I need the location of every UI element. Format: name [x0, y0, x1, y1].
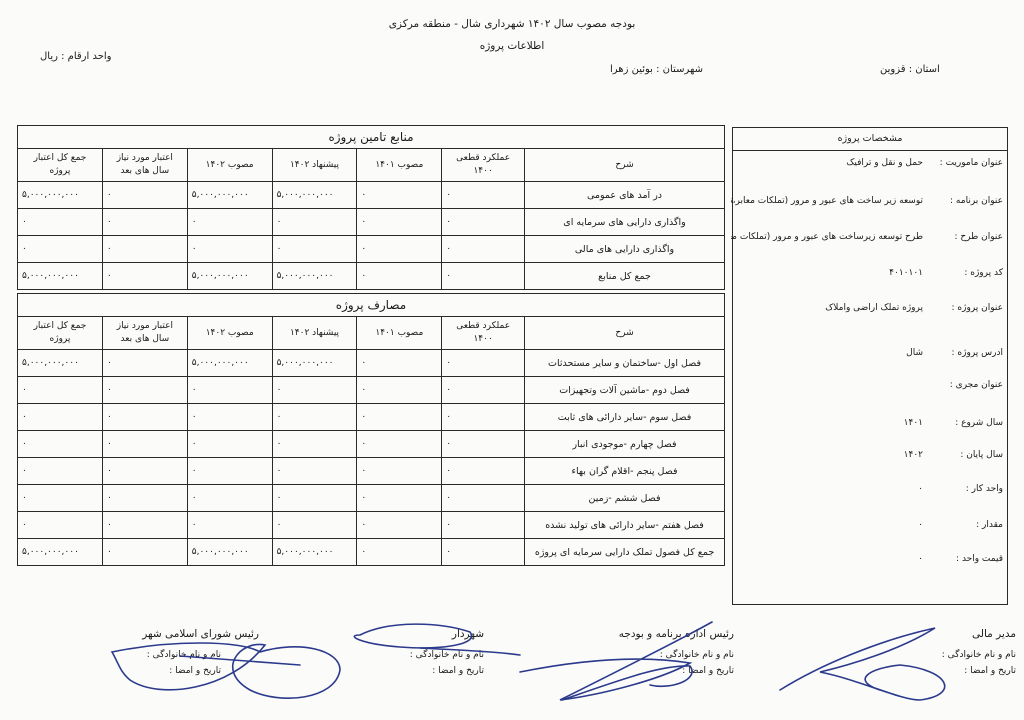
- spec-label: مقدار :: [923, 520, 1003, 530]
- cell-future: ۰: [102, 512, 187, 539]
- spec-mission: عنوان ماموریت :حمل و نقل و ترافیک: [731, 158, 1003, 168]
- cell-actual-1400: ۰: [442, 404, 525, 431]
- expenses-section-title: مصارف پروژه: [18, 294, 725, 317]
- spec-start-year: سال شروع :۱۴۰۱: [731, 418, 1003, 428]
- signature-block-mayor: شهردار نام و نام خانوادگی : تاریخ و امضا…: [364, 628, 484, 682]
- col-proposed-1402: پیشنهاد ۱۴۰۲: [272, 317, 357, 350]
- cell-approved-1402: ۵,۰۰۰,۰۰۰,۰۰۰: [187, 350, 272, 377]
- table-row: واگذاری دارایی های سرمایه ای ۰ ۰ ۰ ۰ ۰ ۰: [18, 209, 725, 236]
- row-desc: واگذاری دارایی های مالی: [525, 236, 725, 263]
- table-row: در آمد های عمومی ۰ ۰ ۵,۰۰۰,۰۰۰,۰۰۰ ۵,۰۰۰…: [18, 182, 725, 209]
- cell-proposed-1402: ۰: [272, 404, 357, 431]
- spec-label: عنوان برنامه :: [923, 196, 1003, 206]
- spec-label: عنوان طرح :: [923, 232, 1003, 242]
- cell-approved-1402: ۰: [187, 404, 272, 431]
- spec-label: عنوان پروژه :: [923, 303, 1003, 313]
- col-approved-1401: مصوب ۱۴۰۱: [357, 149, 442, 182]
- cell-approved-1401: ۰: [357, 182, 442, 209]
- city: شهرستان : بوئین زهرا: [610, 64, 703, 75]
- spec-value: ۴۰۱۰۱۰۱: [731, 268, 923, 278]
- cell-approved-1402: ۵,۰۰۰,۰۰۰,۰۰۰: [187, 539, 272, 566]
- cell-approved-1402: ۰: [187, 236, 272, 263]
- cell-future: ۰: [102, 350, 187, 377]
- cell-approved-1402: ۰: [187, 209, 272, 236]
- signature-date-label: تاریخ و امضا :: [906, 666, 1016, 676]
- cell-future: ۰: [102, 377, 187, 404]
- cell-approved-1401: ۰: [357, 458, 442, 485]
- cell-actual-1400: ۰: [442, 350, 525, 377]
- cell-approved-1401: ۰: [357, 236, 442, 263]
- cell-total: ۰: [18, 512, 103, 539]
- col-proposed-1402: پیشنهاد ۱۴۰۲: [272, 149, 357, 182]
- table-row: فصل ششم -زمین ۰ ۰ ۰ ۰ ۰ ۰: [18, 485, 725, 512]
- cell-future: ۰: [102, 182, 187, 209]
- signature-name-label: نام و نام خانوادگی :: [364, 650, 484, 660]
- cell-total: ۵,۰۰۰,۰۰۰,۰۰۰: [18, 350, 103, 377]
- cell-proposed-1402: ۵,۰۰۰,۰۰۰,۰۰۰: [272, 182, 357, 209]
- cell-future: ۰: [102, 485, 187, 512]
- cell-proposed-1402: ۵,۰۰۰,۰۰۰,۰۰۰: [272, 350, 357, 377]
- cell-approved-1401: ۰: [357, 377, 442, 404]
- cell-actual-1400: ۰: [442, 236, 525, 263]
- table-row: واگذاری دارایی های مالی ۰ ۰ ۰ ۰ ۰ ۰: [18, 236, 725, 263]
- col-total: جمع کل اعتبار پروژه: [18, 317, 103, 350]
- row-desc: فصل اول -ساختمان و سایر مستحدثات: [525, 350, 725, 377]
- row-desc: فصل هفتم -سایر دارائی های تولید نشده: [525, 512, 725, 539]
- cell-actual-1400: ۰: [442, 209, 525, 236]
- cell-future: ۰: [102, 236, 187, 263]
- cell-proposed-1402: ۵,۰۰۰,۰۰۰,۰۰۰: [272, 539, 357, 566]
- spec-work-unit: واحد کار :۰: [731, 484, 1003, 494]
- spec-value: ۰: [731, 554, 923, 564]
- signature-role: شهردار: [364, 628, 484, 640]
- document-subtitle: اطلاعات پروژه: [0, 40, 1024, 52]
- spec-label: سال پایان :: [923, 450, 1003, 460]
- cell-actual-1400: ۰: [442, 263, 525, 290]
- cell-future: ۰: [102, 458, 187, 485]
- cell-actual-1400: ۰: [442, 485, 525, 512]
- cell-proposed-1402: ۵,۰۰۰,۰۰۰,۰۰۰: [272, 263, 357, 290]
- cell-proposed-1402: ۰: [272, 209, 357, 236]
- cell-actual-1400: ۰: [442, 431, 525, 458]
- signature-role: رئیس اداره برنامه و بودجه: [574, 628, 734, 640]
- spec-value: ۰: [731, 520, 923, 530]
- cell-approved-1401: ۰: [357, 431, 442, 458]
- col-future-years: اعتبار مورد نیاز سال های بعد: [102, 317, 187, 350]
- cell-actual-1400: ۰: [442, 539, 525, 566]
- cell-approved-1401: ۰: [357, 263, 442, 290]
- row-desc: فصل چهارم -موجودی انبار: [525, 431, 725, 458]
- spec-label: سال شروع :: [923, 418, 1003, 428]
- cell-approved-1401: ۰: [357, 539, 442, 566]
- row-desc: فصل پنجم -اقلام گران بهاء: [525, 458, 725, 485]
- signature-name-label: نام و نام خانوادگی :: [574, 650, 734, 660]
- spec-value: پروژه تملک اراضی واملاک: [731, 303, 923, 313]
- col-actual-1400: عملکرد قطعی ۱۴۰۰: [442, 149, 525, 182]
- spec-end-year: سال پایان :۱۴۰۲: [731, 450, 1003, 460]
- signature-date-label: تاریخ و امضا :: [574, 666, 734, 676]
- signature-role: مدیر مالی: [906, 628, 1016, 640]
- spec-value: طرح توسعه زیرساخت های عبور و مرور (تملکا…: [731, 232, 923, 242]
- spec-value: ۱۴۰۱: [731, 418, 923, 428]
- project-specs-panel: مشخصات پروژه عنوان ماموریت :حمل و نقل و …: [732, 127, 1008, 605]
- cell-actual-1400: ۰: [442, 458, 525, 485]
- spec-label: عنوان مجری :: [923, 380, 1003, 390]
- spec-plan: عنوان طرح :طرح توسعه زیرساخت های عبور و …: [731, 232, 1003, 242]
- row-desc: فصل سوم -سایر دارائی های ثابت: [525, 404, 725, 431]
- col-total: جمع کل اعتبار پروژه: [18, 149, 103, 182]
- spec-label: قیمت واحد :: [923, 554, 1003, 564]
- cell-total: ۰: [18, 209, 103, 236]
- cell-proposed-1402: ۰: [272, 458, 357, 485]
- signature-date-label: تاریخ و امضا :: [364, 666, 484, 676]
- spec-value: توسعه زیر ساخت های عبور و مرور (تملکات م…: [731, 196, 923, 206]
- cell-total: ۰: [18, 458, 103, 485]
- cell-total: ۰: [18, 377, 103, 404]
- cell-approved-1402: ۰: [187, 431, 272, 458]
- spec-unit-price: قیمت واحد :۰: [731, 554, 1003, 564]
- funding-section-title: منابع تامین پروژه: [18, 126, 725, 149]
- cell-total: ۵,۰۰۰,۰۰۰,۰۰۰: [18, 539, 103, 566]
- cell-proposed-1402: ۰: [272, 512, 357, 539]
- row-desc: فصل دوم -ماشین آلات وتجهیزات: [525, 377, 725, 404]
- cell-proposed-1402: ۰: [272, 431, 357, 458]
- spec-value: [731, 380, 923, 390]
- cell-approved-1402: ۵,۰۰۰,۰۰۰,۰۰۰: [187, 263, 272, 290]
- cell-approved-1401: ۰: [357, 485, 442, 512]
- cell-future: ۰: [102, 404, 187, 431]
- row-desc: فصل ششم -زمین: [525, 485, 725, 512]
- signature-block-budget-head: رئیس اداره برنامه و بودجه نام و نام خانو…: [574, 628, 734, 682]
- table-row: فصل سوم -سایر دارائی های ثابت ۰ ۰ ۰ ۰ ۰ …: [18, 404, 725, 431]
- spec-value: شال: [731, 348, 923, 358]
- cell-proposed-1402: ۰: [272, 485, 357, 512]
- cell-total: ۵,۰۰۰,۰۰۰,۰۰۰: [18, 182, 103, 209]
- spec-project-title: عنوان پروژه :پروژه تملک اراضی واملاک: [731, 303, 1003, 313]
- signature-name-label: نام و نام خانوادگی :: [906, 650, 1016, 660]
- table-row: فصل پنجم -اقلام گران بهاء ۰ ۰ ۰ ۰ ۰ ۰: [18, 458, 725, 485]
- cell-proposed-1402: ۰: [272, 377, 357, 404]
- cell-actual-1400: ۰: [442, 182, 525, 209]
- spec-project-address: آدرس پروژه :شال: [731, 348, 1003, 358]
- signature-date-label: تاریخ و امضا :: [99, 666, 221, 676]
- cell-actual-1400: ۰: [442, 377, 525, 404]
- row-desc: در آمد های عمومی: [525, 182, 725, 209]
- cell-future: ۰: [102, 263, 187, 290]
- cell-future: ۰: [102, 209, 187, 236]
- col-future-years: اعتبار مورد نیاز سال های بعد: [102, 149, 187, 182]
- spec-label: عنوان ماموریت :: [923, 158, 1003, 168]
- row-desc: واگذاری دارایی های سرمایه ای: [525, 209, 725, 236]
- funding-table: منابع تامین پروژه شرح عملکرد قطعی ۱۴۰۰ م…: [17, 125, 725, 290]
- cell-actual-1400: ۰: [442, 512, 525, 539]
- cell-approved-1402: ۰: [187, 377, 272, 404]
- cell-approved-1402: ۰: [187, 512, 272, 539]
- col-approved-1402: مصوب ۱۴۰۲: [187, 317, 272, 350]
- cell-total: ۵,۰۰۰,۰۰۰,۰۰۰: [18, 263, 103, 290]
- spec-value: ۰: [731, 484, 923, 494]
- spec-value: حمل و نقل و ترافیک: [731, 158, 923, 168]
- expenses-table: مصارف پروژه شرح عملکرد قطعی ۱۴۰۰ مصوب ۱۴…: [17, 293, 725, 566]
- col-desc: شرح: [525, 149, 725, 182]
- cell-approved-1401: ۰: [357, 350, 442, 377]
- signature-name-label: نام و نام خانوادگی :: [99, 650, 221, 660]
- row-desc: جمع کل فصول تملک دارایی سرمایه ای پروژه: [525, 539, 725, 566]
- spec-label: آدرس پروژه :: [923, 348, 1003, 358]
- col-actual-1400: عملکرد قطعی ۱۴۰۰: [442, 317, 525, 350]
- signature-block-finance-manager: مدیر مالی نام و نام خانوادگی : تاریخ و ا…: [906, 628, 1016, 682]
- document-title: بودجه مصوب سال ۱۴۰۲ شهرداری شال - منطقه …: [0, 18, 1024, 30]
- col-desc: شرح: [525, 317, 725, 350]
- col-approved-1401: مصوب ۱۴۰۱: [357, 317, 442, 350]
- cell-approved-1402: ۰: [187, 458, 272, 485]
- project-specs-title: مشخصات پروژه: [733, 128, 1007, 151]
- cell-total: ۰: [18, 485, 103, 512]
- cell-future: ۰: [102, 431, 187, 458]
- spec-program: عنوان برنامه :توسعه زیر ساخت های عبور و …: [731, 196, 1003, 206]
- cell-total: ۰: [18, 236, 103, 263]
- cell-approved-1402: ۰: [187, 485, 272, 512]
- cell-total: ۰: [18, 404, 103, 431]
- spec-executor: عنوان مجری :: [731, 380, 1003, 390]
- table-row: فصل چهارم -موجودی انبار ۰ ۰ ۰ ۰ ۰ ۰: [18, 431, 725, 458]
- spec-project-code: کد پروژه :۴۰۱۰۱۰۱: [731, 268, 1003, 278]
- table-row: فصل دوم -ماشین آلات وتجهیزات ۰ ۰ ۰ ۰ ۰ ۰: [18, 377, 725, 404]
- table-row: فصل هفتم -سایر دارائی های تولید نشده ۰ ۰…: [18, 512, 725, 539]
- cell-approved-1402: ۵,۰۰۰,۰۰۰,۰۰۰: [187, 182, 272, 209]
- cell-total: ۰: [18, 431, 103, 458]
- table-row-total: جمع کل فصول تملک دارایی سرمایه ای پروژه …: [18, 539, 725, 566]
- table-row: فصل اول -ساختمان و سایر مستحدثات ۰ ۰ ۵,۰…: [18, 350, 725, 377]
- signature-role: رئیس شورای اسلامی شهر: [99, 628, 259, 640]
- cell-future: ۰: [102, 539, 187, 566]
- spec-quantity: مقدار :۰: [731, 520, 1003, 530]
- cell-approved-1401: ۰: [357, 209, 442, 236]
- col-approved-1402: مصوب ۱۴۰۲: [187, 149, 272, 182]
- table-row-total: جمع کل منابع ۰ ۰ ۵,۰۰۰,۰۰۰,۰۰۰ ۵,۰۰۰,۰۰۰…: [18, 263, 725, 290]
- cell-proposed-1402: ۰: [272, 236, 357, 263]
- cell-approved-1401: ۰: [357, 404, 442, 431]
- spec-label: واحد کار :: [923, 484, 1003, 494]
- signature-block-council-head: رئیس شورای اسلامی شهر نام و نام خانوادگی…: [99, 628, 259, 682]
- spec-label: کد پروژه :: [923, 268, 1003, 278]
- cell-approved-1401: ۰: [357, 512, 442, 539]
- spec-value: ۱۴۰۲: [731, 450, 923, 460]
- province: استان : قزوین: [880, 64, 940, 75]
- currency-unit: واحد ارقام : ریال: [40, 51, 112, 62]
- row-desc: جمع کل منابع: [525, 263, 725, 290]
